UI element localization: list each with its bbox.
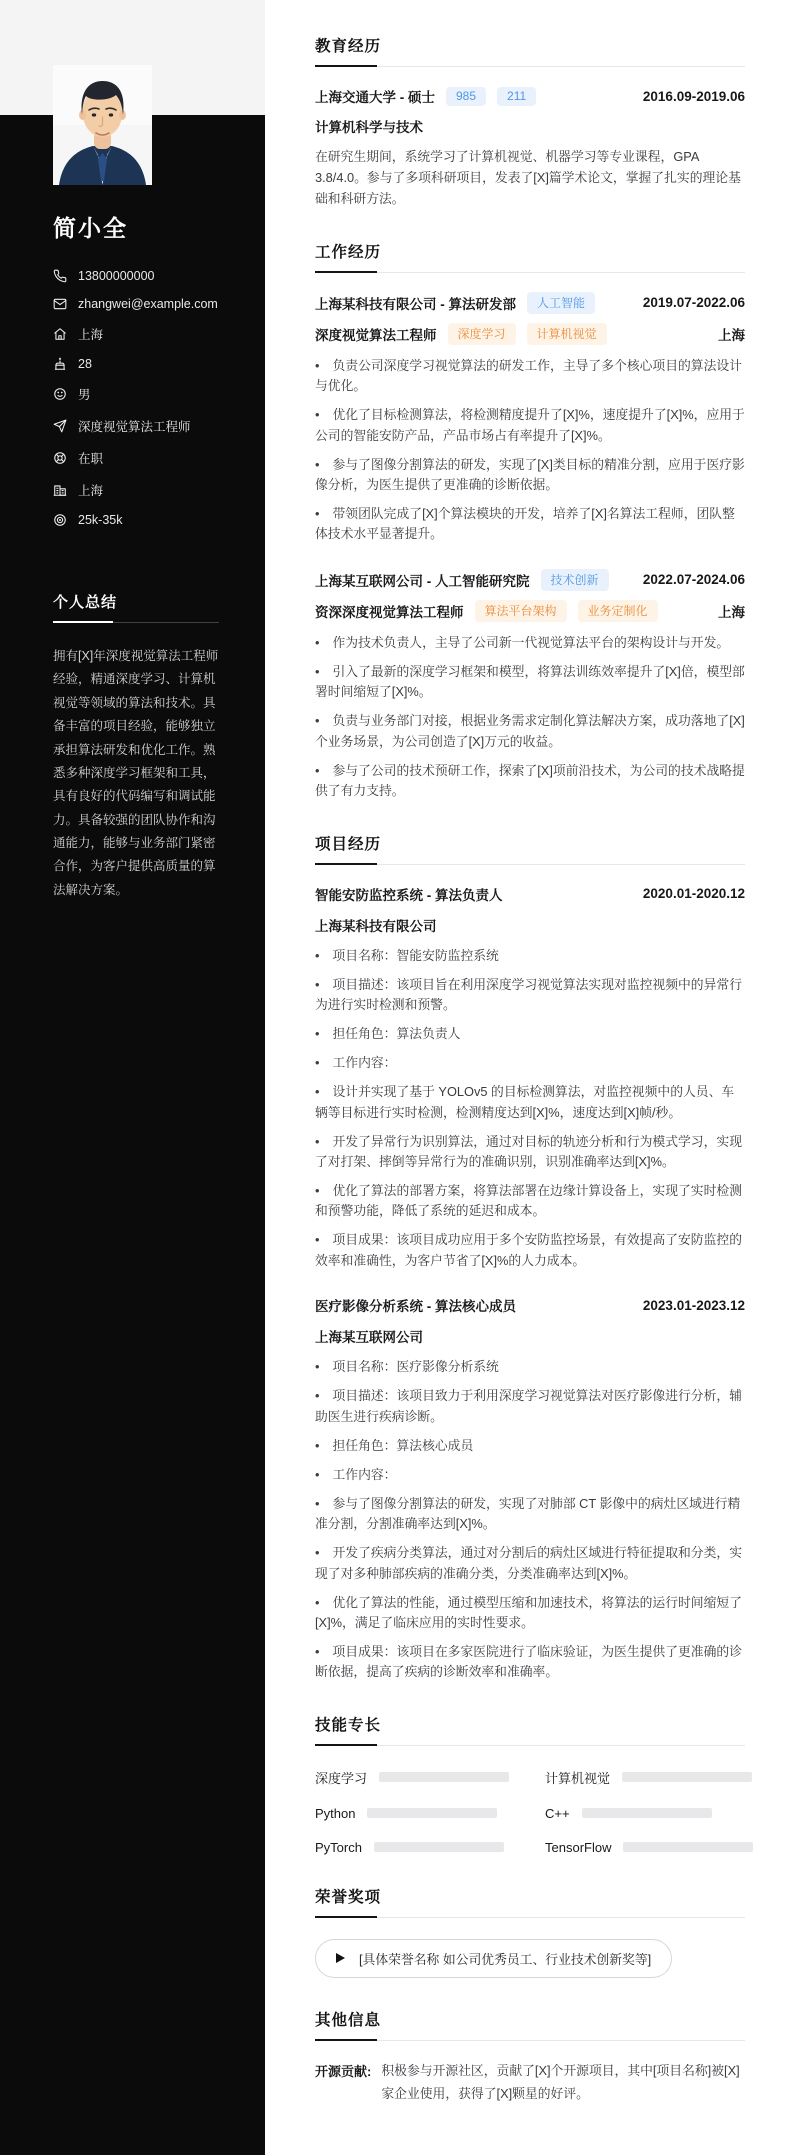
email-icon <box>53 297 67 311</box>
bullet-dot: • <box>315 761 319 781</box>
bullet-item: •设计并实现了基于 YOLOv5 的目标检测算法，对监控视频中的人员、车辆等目标… <box>315 1082 745 1123</box>
project-1-name: 智能安防监控系统 - 算法负责人 <box>315 884 503 904</box>
bullet-dot: • <box>315 1593 319 1613</box>
candidate-name: 简小全 <box>53 210 219 243</box>
job-2-role-row: 资深深度视觉算法工程师 算法平台架构 业务定制化 上海 <box>315 600 745 622</box>
project-1-company: 上海某科技有限公司 <box>315 915 745 935</box>
bullet-item: •带领团队完成了[X]个算法模块的开发，培养了[X]名算法工程师，团队整体技术水… <box>315 504 745 545</box>
job-1-bullets: •负责公司深度学习视觉算法的研发工作，主导了多个核心项目的算法设计与优化。 •优… <box>315 356 745 545</box>
bullet-dot: • <box>315 356 319 376</box>
job-2-company: 上海某互联网公司 - 人工智能研究院 <box>315 570 530 590</box>
skills-grid: 深度学习 计算机视觉 Python C++ PyTorch TensorFlow <box>315 1765 745 1855</box>
job-1-role-row: 深度视觉算法工程师 深度学习 计算机视觉 上海 <box>315 323 745 345</box>
contact-status-text: 在职 <box>78 449 103 467</box>
project-2-company: 上海某互联网公司 <box>315 1326 745 1346</box>
contact-gender-text: 男 <box>78 385 91 403</box>
contact-list: 13800000000 zhangwei@example.com 上海 28 <box>53 269 219 527</box>
school-name: 上海交通大学 - 硕士 <box>315 86 435 106</box>
other-info-section: 其他信息 开源贡献: 积极参与开源社区，贡献了[X]个开源项目，其中[项目名称]… <box>315 2008 745 2106</box>
sidebar: 简小全 13800000000 zhangwei@example.com 上海 <box>0 0 265 2155</box>
skill-python: Python <box>315 1806 509 1821</box>
contact-phone: 13800000000 <box>53 269 219 283</box>
bullet-dot: • <box>315 1181 319 1201</box>
project-1-date: 2020.01-2020.12 <box>643 886 745 901</box>
honors-section: 荣誉奖项 [具体荣誉名称 如公司优秀员工、行业技术创新奖等] <box>315 1885 745 1978</box>
bullet-item: •优化了算法的部署方案，将算法部署在边缘计算设备上，实现了实时检测和预警功能，降… <box>315 1181 745 1222</box>
open-source-row: 开源贡献: 积极参与开源社区，贡献了[X]个开源项目，其中[项目名称]被[X]家… <box>315 2060 745 2106</box>
bullet-item: •开发了异常行为识别算法，通过对目标的轨迹分析和行为模式学习，实现了对打架、摔倒… <box>315 1132 745 1173</box>
contact-email-text: zhangwei@example.com <box>78 297 218 311</box>
bullet-item: •参与了图像分割算法的研发，实现了对肺部 CT 影像中的病灶区域进行精准分割，分… <box>315 1494 745 1535</box>
bullet-dot: • <box>315 1357 319 1377</box>
bullet-dot: • <box>315 455 319 475</box>
contact-status: 在职 <box>53 449 219 467</box>
contact-salary: 25k-35k <box>53 513 219 527</box>
job-1-location: 上海 <box>718 324 745 344</box>
skill-bar <box>367 1808 497 1818</box>
bullet-item: •项目名称：智能安防监控系统 <box>315 946 745 966</box>
bullet-dot: • <box>315 1386 319 1406</box>
birthday-icon <box>53 357 67 371</box>
job-entry-2: 上海某互联网公司 - 人工智能研究院 技术创新 2022.07-2024.06 … <box>315 569 745 802</box>
project-2-bullets: •项目名称：医疗影像分析系统 •项目描述：该项目致力于利用深度学习视觉算法对医疗… <box>315 1357 745 1683</box>
bullet-dot: • <box>315 1465 319 1485</box>
bullet-item: •工作内容： <box>315 1465 745 1485</box>
job-2-header: 上海某互联网公司 - 人工智能研究院 技术创新 2022.07-2024.06 <box>315 569 745 591</box>
job-2-company-tag: 技术创新 <box>541 569 609 591</box>
job-entry-1: 上海某科技有限公司 - 算法研发部 人工智能 2019.07-2022.06 深… <box>315 292 745 545</box>
bullet-item: •引入了最新的深度学习框架和模型，将算法训练效率提升了[X]倍，模型部署时间缩短… <box>315 662 745 703</box>
job-2-role-tag-1: 算法平台架构 <box>475 600 567 622</box>
bullet-dot: • <box>315 1494 319 1514</box>
bullet-item: •项目成果：该项目在多家医院进行了临床验证，为医生提供了更准确的诊断依据，提高了… <box>315 1642 745 1683</box>
bullet-dot: • <box>315 405 319 425</box>
bullet-dot: • <box>315 633 319 653</box>
project-entry-2: 医疗影像分析系统 - 算法核心成员 2023.01-2023.12 上海某互联网… <box>315 1295 745 1683</box>
skill-deep-learning: 深度学习 <box>315 1768 509 1787</box>
contact-phone-text: 13800000000 <box>78 269 154 283</box>
project-2-name: 医疗影像分析系统 - 算法核心成员 <box>315 1295 516 1315</box>
skill-tensorflow: TensorFlow <box>545 1840 753 1855</box>
bullet-item: •担任角色：算法核心成员 <box>315 1436 745 1456</box>
profile-photo <box>53 65 152 185</box>
resume-main: 教育经历 上海交通大学 - 硕士 985 211 2016.09-2019.06… <box>265 0 794 2155</box>
bullet-item: •优化了算法的性能，通过模型压缩和加速技术，将算法的运行时间缩短了[X]%，满足… <box>315 1593 745 1634</box>
contact-location: 上海 <box>53 325 219 343</box>
education-tag-985: 985 <box>446 87 486 106</box>
home-icon <box>53 327 67 341</box>
gender-icon <box>53 387 67 401</box>
skill-bar <box>582 1808 712 1818</box>
education-major: 计算机科学与技术 <box>315 116 745 136</box>
status-icon <box>53 451 67 465</box>
bullet-item: •参与了图像分割算法的研发，实现了[X]类目标的精准分割，应用于医疗影像分析，为… <box>315 455 745 496</box>
contact-age-text: 28 <box>78 357 92 371</box>
bullet-dot: • <box>315 975 319 995</box>
bullet-item: •作为技术负责人，主导了公司新一代视觉算法平台的架构设计与开发。 <box>315 633 745 653</box>
personal-summary-text: 拥有[X]年深度视觉算法工程师经验，精通深度学习、计算机视觉等领域的算法和技术。… <box>53 645 219 902</box>
job-1-header: 上海某科技有限公司 - 算法研发部 人工智能 2019.07-2022.06 <box>315 292 745 314</box>
bullet-item: •担任角色：算法负责人 <box>315 1024 745 1044</box>
work-title: 工作经历 <box>315 240 745 273</box>
skill-bar <box>622 1772 752 1782</box>
bullet-dot: • <box>315 1024 319 1044</box>
work-section: 工作经历 上海某科技有限公司 - 算法研发部 人工智能 2019.07-2022… <box>315 240 745 802</box>
position-icon <box>53 419 67 433</box>
education-description: 在研究生期间，系统学习了计算机视觉、机器学习等专业课程，GPA 3.8/4.0。… <box>315 146 745 210</box>
bullet-dot: • <box>315 1436 319 1456</box>
projects-section: 项目经历 智能安防监控系统 - 算法负责人 2020.01-2020.12 上海… <box>315 832 745 1683</box>
job-2-bullets: •作为技术负责人，主导了公司新一代视觉算法平台的架构设计与开发。 •引入了最新的… <box>315 633 745 802</box>
bullet-item: •项目成果：该项目成功应用于多个安防监控场景，有效提高了安防监控的效率和准确性，… <box>315 1230 745 1271</box>
bullet-item: •优化了目标检测算法，将检测精度提升了[X]%，速度提升了[X]%，应用于公司的… <box>315 405 745 446</box>
bullet-dot: • <box>315 946 319 966</box>
skill-bar <box>374 1842 504 1852</box>
honor-item-text: [具体荣誉名称 如公司优秀员工、行业技术创新奖等] <box>359 1949 651 1968</box>
job-1-date: 2019.07-2022.06 <box>643 295 745 310</box>
salary-icon <box>53 513 67 527</box>
project-1-bullets: •项目名称：智能安防监控系统 •项目描述：该项目旨在利用深度学习视觉算法实现对监… <box>315 946 745 1272</box>
bullet-item: •负责与业务部门对接，根据业务需求定制化算法解决方案，成功落地了[X]个业务场景… <box>315 711 745 752</box>
bullet-item: •参与了公司的技术预研工作，探索了[X]项前沿技术，为公司的技术战略提供了有力支… <box>315 761 745 802</box>
contact-position-text: 深度视觉算法工程师 <box>78 417 191 435</box>
skill-pytorch: PyTorch <box>315 1840 509 1855</box>
job-1-company-tag: 人工智能 <box>527 292 595 314</box>
project-entry-1: 智能安防监控系统 - 算法负责人 2020.01-2020.12 上海某科技有限… <box>315 884 745 1272</box>
bullet-item: •负责公司深度学习视觉算法的研发工作，主导了多个核心项目的算法设计与优化。 <box>315 356 745 397</box>
bullet-item: •开发了疾病分类算法，通过对分割后的病灶区域进行特征提取和分类，实现了对多种肺部… <box>315 1543 745 1584</box>
job-1-company: 上海某科技有限公司 - 算法研发部 <box>315 293 516 313</box>
honor-item-pill: [具体荣誉名称 如公司优秀员工、行业技术创新奖等] <box>315 1939 672 1978</box>
education-title: 教育经历 <box>315 34 745 67</box>
skills-section: 技能专长 深度学习 计算机视觉 Python C++ PyTorch <box>315 1713 745 1855</box>
building-icon <box>53 483 67 497</box>
phone-icon <box>53 269 67 283</box>
personal-summary-section: 个人总结 拥有[X]年深度视觉算法工程师经验，精通深度学习、计算机视觉等领域的算… <box>53 591 219 902</box>
contact-age: 28 <box>53 357 219 371</box>
contact-location-text: 上海 <box>78 325 103 343</box>
contact-salary-text: 25k-35k <box>78 513 122 527</box>
bullet-item: •项目名称：医疗影像分析系统 <box>315 1357 745 1377</box>
honors-title: 荣誉奖项 <box>315 1885 745 1918</box>
job-2-role-tag-2: 业务定制化 <box>578 600 658 622</box>
job-1-role-tag-2: 计算机视觉 <box>527 323 607 345</box>
personal-summary-title: 个人总结 <box>53 591 219 623</box>
job-1-role-tag-1: 深度学习 <box>448 323 516 345</box>
project-2-header: 医疗影像分析系统 - 算法核心成员 2023.01-2023.12 <box>315 1295 745 1315</box>
project-1-header: 智能安防监控系统 - 算法负责人 2020.01-2020.12 <box>315 884 745 904</box>
contact-city: 上海 <box>53 481 219 499</box>
skill-cpp: C++ <box>545 1806 753 1821</box>
bullet-dot: • <box>315 1642 319 1662</box>
education-tag-211: 211 <box>497 87 536 106</box>
open-source-label: 开源贡献: <box>315 2060 371 2083</box>
education-date: 2016.09-2019.06 <box>643 89 745 104</box>
contact-gender: 男 <box>53 385 219 403</box>
education-entry-header: 上海交通大学 - 硕士 985 211 2016.09-2019.06 <box>315 86 745 106</box>
contact-email: zhangwei@example.com <box>53 297 219 311</box>
bullet-item: •项目描述：该项目致力于利用深度学习视觉算法对医疗影像进行分析，辅助医生进行疾病… <box>315 1386 745 1427</box>
portrait-illustration <box>53 65 152 185</box>
job-2-role: 资深深度视觉算法工程师 <box>315 601 464 621</box>
job-2-date: 2022.07-2024.06 <box>643 572 745 587</box>
bullet-dot: • <box>315 711 319 731</box>
projects-title: 项目经历 <box>315 832 745 865</box>
bullet-dot: • <box>315 1053 319 1073</box>
open-source-text: 积极参与开源社区，贡献了[X]个开源项目，其中[项目名称]被[X]家企业使用，获… <box>381 2060 745 2106</box>
project-2-date: 2023.01-2023.12 <box>643 1298 745 1313</box>
contact-position: 深度视觉算法工程师 <box>53 417 219 435</box>
bullet-dot: • <box>315 1543 319 1563</box>
sidebar-content: 简小全 13800000000 zhangwei@example.com 上海 <box>0 115 265 942</box>
contact-city-text: 上海 <box>78 481 103 499</box>
bullet-dot: • <box>315 1132 319 1152</box>
bullet-dot: • <box>315 662 319 682</box>
skill-bar <box>379 1772 509 1782</box>
bullet-dot: • <box>315 1230 319 1250</box>
bullet-dot: • <box>315 504 319 524</box>
skill-computer-vision: 计算机视觉 <box>545 1768 753 1787</box>
education-section: 教育经历 上海交通大学 - 硕士 985 211 2016.09-2019.06… <box>315 34 745 210</box>
job-2-location: 上海 <box>718 601 745 621</box>
other-info-title: 其他信息 <box>315 2008 745 2041</box>
skills-title: 技能专长 <box>315 1713 745 1746</box>
resume-page: { "colors": { "sidebar_bg": "#0b0b0c", "… <box>0 0 794 2155</box>
bullet-dot: • <box>315 1082 319 1102</box>
bullet-item: •工作内容： <box>315 1053 745 1073</box>
bullet-item: •项目描述：该项目旨在利用深度学习视觉算法实现对监控视频中的异常行为进行实时检测… <box>315 975 745 1016</box>
play-triangle-icon <box>336 1953 345 1963</box>
skill-bar <box>623 1842 753 1852</box>
job-1-role: 深度视觉算法工程师 <box>315 324 437 344</box>
